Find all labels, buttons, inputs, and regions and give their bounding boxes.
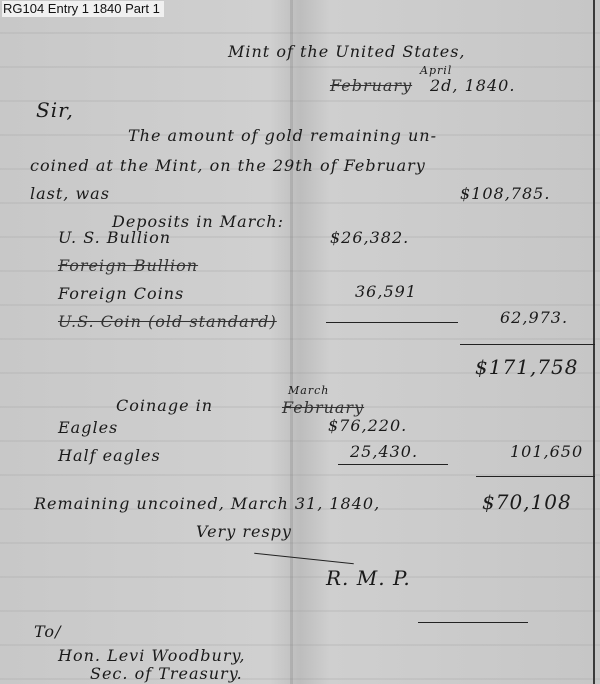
coinage-month-insert: March: [288, 384, 329, 397]
deposit-label: Foreign Coins: [58, 284, 184, 303]
coinage-heading: Coinage in: [116, 396, 213, 415]
coinage-label: Eagles: [58, 418, 118, 437]
deposit-amount: $26,382.: [330, 228, 409, 247]
heading-place: Mint of the United States,: [228, 42, 466, 61]
remaining-amount: $70,108: [482, 490, 572, 514]
subtotal: $171,758: [475, 355, 578, 379]
coinage-rule: [338, 464, 448, 465]
archive-caption: RG104 Entry 1 1840 Part 1: [2, 1, 164, 17]
body-line-1: The amount of gold remaining un-: [128, 126, 437, 145]
deposit-label: U. S. Bullion: [58, 228, 171, 247]
coinage-month-struck: February: [282, 398, 364, 417]
salutation: Sir,: [36, 98, 74, 122]
addressee-title: Sec. of Treasury.: [90, 664, 243, 683]
signature-tail: [418, 622, 528, 623]
deposits-total: 62,973.: [500, 308, 568, 327]
addressee-name: Hon. Levi Woodbury,: [58, 646, 245, 665]
body-line-3: last, was: [30, 184, 110, 203]
heading-date: 2d, 1840.: [430, 76, 515, 95]
body-line-2: coined at the Mint, on the 29th of Febru…: [30, 156, 426, 175]
remaining-label: Remaining uncoined, March 31, 1840,: [34, 494, 380, 513]
addressee-prefix: To/: [34, 622, 61, 641]
signature-flourish: [254, 553, 354, 564]
coinage-total: 101,650: [510, 442, 583, 461]
letter-page: RG104 Entry 1 1840 Part 1 Mint of the Un…: [0, 0, 600, 684]
deposit-label: Foreign Bullion: [58, 256, 198, 275]
signature: R. M. P.: [326, 566, 411, 590]
deposit-label: U.S. Coin (old standard): [58, 312, 277, 331]
heading-date-struck: February: [330, 76, 412, 95]
subtotal-rule: [460, 344, 595, 345]
coinage-label: Half eagles: [58, 446, 161, 465]
deposits-rule: [326, 322, 458, 323]
coinage-amount: 25,430.: [350, 442, 418, 461]
page-edge: [593, 0, 595, 684]
deposit-amount: 36,591: [355, 282, 417, 301]
coinage-amount: $76,220.: [328, 416, 407, 435]
closing: Very respy: [196, 522, 292, 541]
opening-balance: $108,785.: [460, 184, 550, 203]
remaining-rule: [476, 476, 595, 477]
page-fold: [290, 0, 293, 684]
